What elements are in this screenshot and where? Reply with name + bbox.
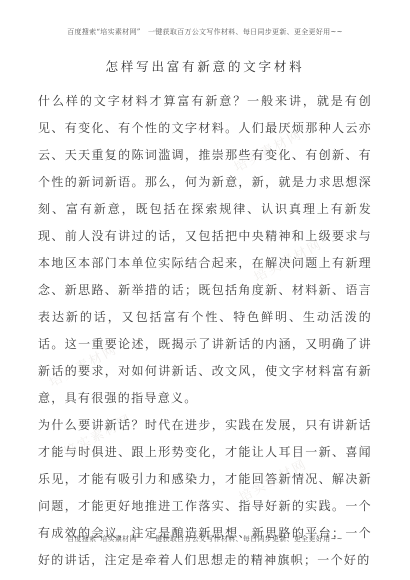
header-promo-note: 百度搜索“培实素材网” 一键获取百万公文写作材料、每日同步更新、更全更好用~~ — [0, 27, 410, 37]
page-title: 怎样写出富有新意的文字材料 — [38, 57, 372, 75]
document-body: 怎样写出富有新意的文字材料 什么样的文字材料才算富有新意？一般来讲，就是有创见、… — [38, 57, 372, 574]
body-paragraph-1: 什么样的文字材料才算富有新意？一般来讲，就是有创见、有变化、有个性的文字材料。人… — [38, 88, 372, 412]
document-page: 百度搜索“培实素材网” 一键获取百万公文写作材料、每日同步更新、更全更好用~~ … — [0, 0, 410, 580]
body-paragraph-2: 为什么要讲新话？时代在进步，实践在发展，只有讲新话才能与时俱进、跟上形势变化，才… — [38, 412, 372, 574]
footer-promo-note: 百度搜索“培实素材网” 一键获取百万公文写作材料、每日同步更新、更全更好用~~ — [0, 534, 410, 544]
